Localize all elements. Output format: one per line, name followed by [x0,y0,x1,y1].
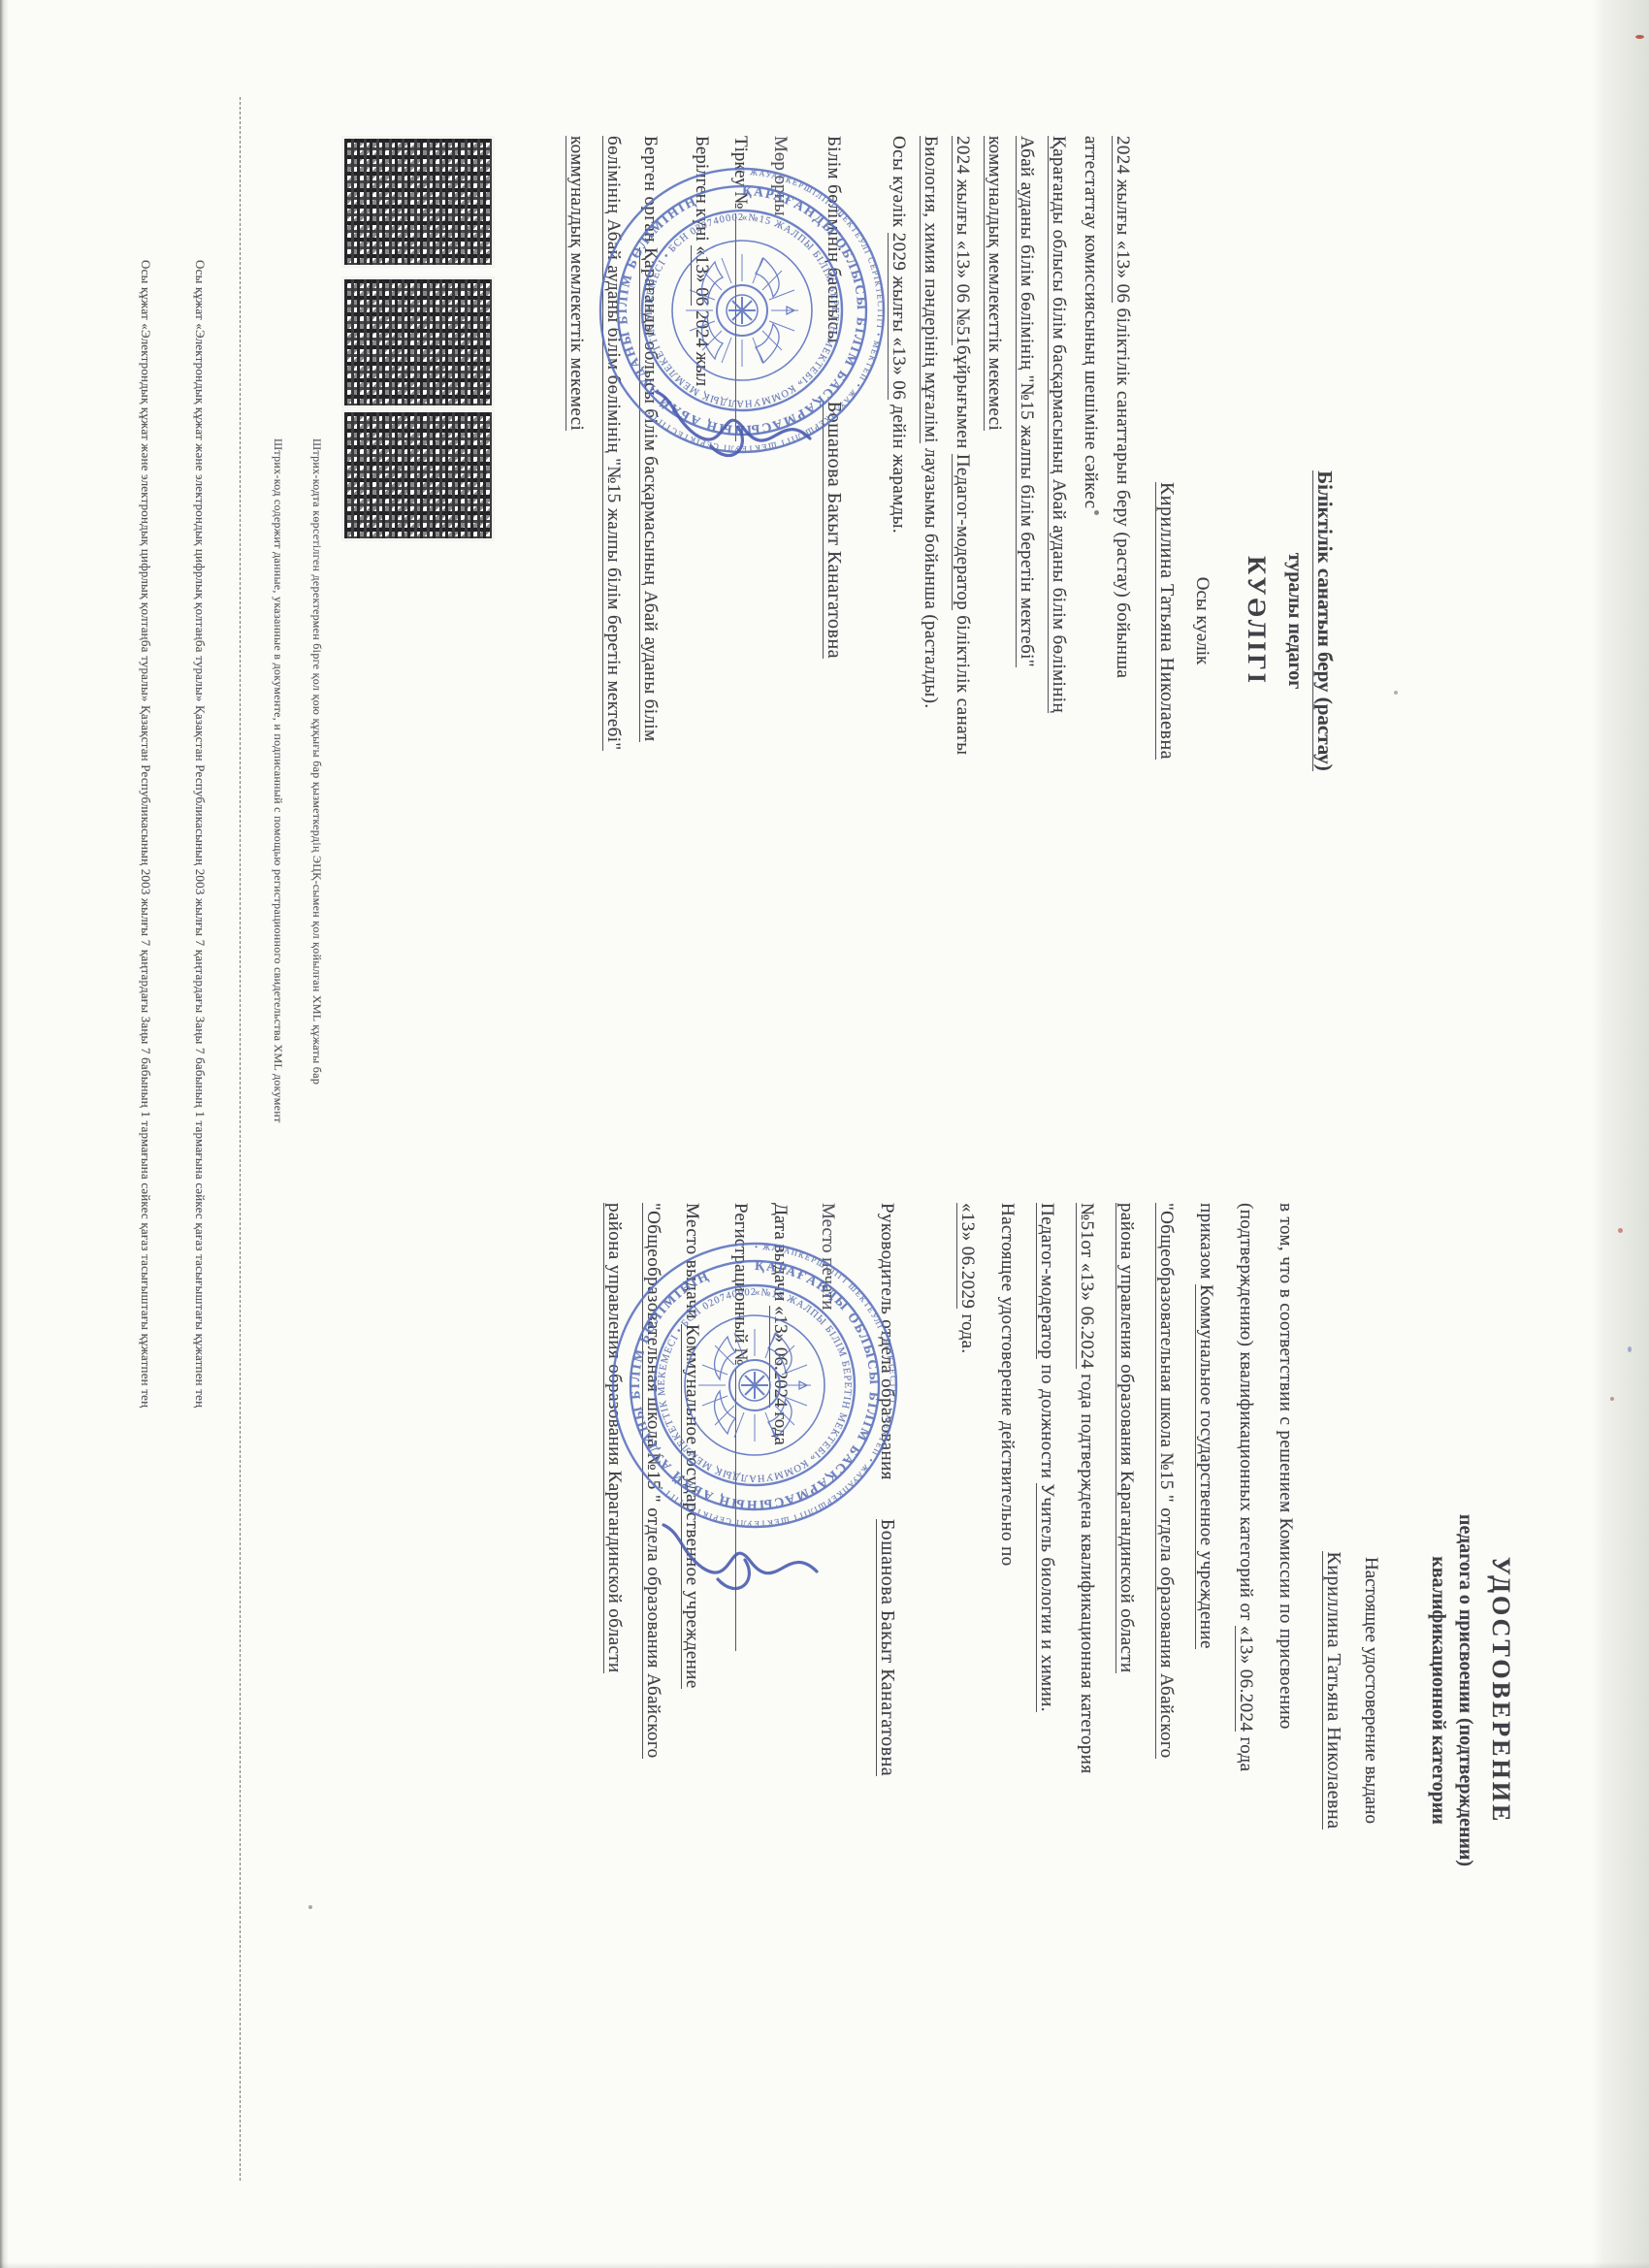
separator-dashed-line [240,97,241,2181]
certificate-document: Біліктілік санатын беру (растау) туралы … [0,0,1649,2268]
scan-artifact-red-mark [1635,35,1644,39]
kz-valid-lead: Осы куәлік [889,136,909,233]
ru-body-l6-order: №51от «13» 06.2024 [1076,1203,1097,1369]
ru-title-line3: квалификационной категории [1426,1203,1451,2178]
kz-body-l7-tail: лауазымы бойынша (расталды). [921,443,941,709]
kz-body-l6-category: Педагог-модератор [952,454,973,610]
ru-body-l6-tail: года подтверждена квалификационная катег… [1077,1369,1097,1773]
kz-valid-date: 2029 жылғы «13» 06 [888,233,909,400]
ru-body-l2-date: «13» 06.2024 [1235,1626,1256,1732]
kz-given-label: Осы куәлік [1186,136,1218,1106]
ru-title-line1: УДОСТОВЕРЕНИЕ [1486,1203,1515,2178]
kz-body-l1-text: біліктілік санаттарын беру (растау) бойы… [1113,303,1133,678]
kz-body-l7-subject: Биология, химия пәндерінің мұғалімі [920,136,941,443]
ru-body-l2-tail: года [1236,1732,1256,1771]
scan-artifact-speck [1610,1397,1614,1401]
ru-body-l2-text: (подтверждению) квалификационных категор… [1236,1203,1256,1626]
qr-code-2 [344,279,492,405]
scan-artifact-speck [1394,691,1398,695]
kz-title-line1: Біліктілік санатын беру (растау) [1312,470,1337,770]
ru-holder-name: Кириллина Татьяна Николаевна [1322,1551,1344,1829]
kz-body-l6-tail: біліктілік санаты [953,610,973,755]
barcode-caption-kz: Штрих-кодта көрсетілген деректермен бірг… [309,438,324,1085]
ru-body-l3-org: Коммунальное государственное учреждение [1195,1284,1216,1649]
round-seal-ru-column: • ЖАУАПКЕРШІЛІГІ ШЕКТЕУЛІ СЕРІКТЕСТІГІ •… [609,1240,900,1531]
scan-artifact-speck [1618,1228,1623,1233]
kz-issuer-line3: коммуналдық мемлекеттік мекемесі [566,136,587,431]
kz-title-line2: туралы педагог [1282,136,1307,1106]
kz-body-l4: Абай ауданы білім бөлімінің "№15 жалпы б… [1016,136,1037,667]
qr-code-3 [344,412,492,538]
kz-body-l6-text: бұйрығымен [953,345,973,454]
fine-print-line1: Осы құжат «Электрондық құжат және электр… [192,260,208,1408]
ru-valid-tail: года. [957,1309,978,1353]
ru-body-l4: "Общеобразовательная школа №15 " отдела … [1155,1203,1177,1759]
ru-valid-date: «13» 06.2029 [956,1203,978,1309]
ru-given-label: Настоящее удостоверение выдано [1355,1203,1387,2178]
kz-body-l5: коммуналдық мемлекеттік мекемесі [984,136,1005,431]
scan-artifact-speck [1628,1346,1632,1352]
ru-body-l3-text: приказом [1196,1203,1216,1284]
scan-artifact-speck [1094,510,1099,515]
fine-print-line2: Осы құжат «Электрондық құжат және электр… [138,260,153,1408]
kz-body-l3: Қарағанды облысы білім басқармасының Аба… [1048,136,1069,713]
ru-head-name: Бошанова Бакыт Канагатовна [876,1519,898,1776]
ru-body: в том, что в соответствии с решением Ком… [948,1203,1306,2178]
ru-body-l7-text: по должности [1037,1359,1057,1483]
scan-artifact-speck [308,1905,312,1909]
kz-body: 2024 жылғы «13» 06 біліктілік санаттарын… [883,136,1139,1106]
scanned-certificate-page: { "kz": { "title1": "Біліктілік санатын … [0,0,1649,2268]
kz-body-l2: аттестаттау комиссиясының шешіміне сәйке… [1075,136,1107,1106]
seal-emblem [686,254,798,367]
handwritten-signature-kz [640,371,820,487]
kz-body-l1-date: 2024 жылғы «13» 06 [1112,136,1133,303]
ru-valid-lead: Настоящее удостоверение действительно по [987,1203,1027,2178]
kz-title-line3: КУӘЛІГІ [1242,136,1271,1106]
ru-body-l1: в том, что в соответствии с решением Ком… [1266,1203,1306,2178]
handwritten-signature-ru [645,1502,824,1618]
ru-body-l7-category: Педагог-модератор [1036,1203,1057,1359]
kz-body-l6-order: 2024 жылғы «13» 06 №51 [952,136,973,345]
ru-title-line2: педагога о присвоении (подтверждении) [1453,1203,1478,2178]
kz-valid-tail: дейін жарамды. [889,400,909,534]
qr-code-1 [344,139,492,265]
ru-body-l5: района управления образования Карагандин… [1115,1203,1137,1673]
seal-emblem [698,1329,811,1442]
barcode-caption-ru: Штрих-код содержит данные, указанные в д… [271,438,285,1123]
ru-body-l7-position: Учитель биологии и химии. [1036,1483,1057,1711]
kz-holder-name: Кириллина Татьяна Николаевна [1155,482,1178,760]
